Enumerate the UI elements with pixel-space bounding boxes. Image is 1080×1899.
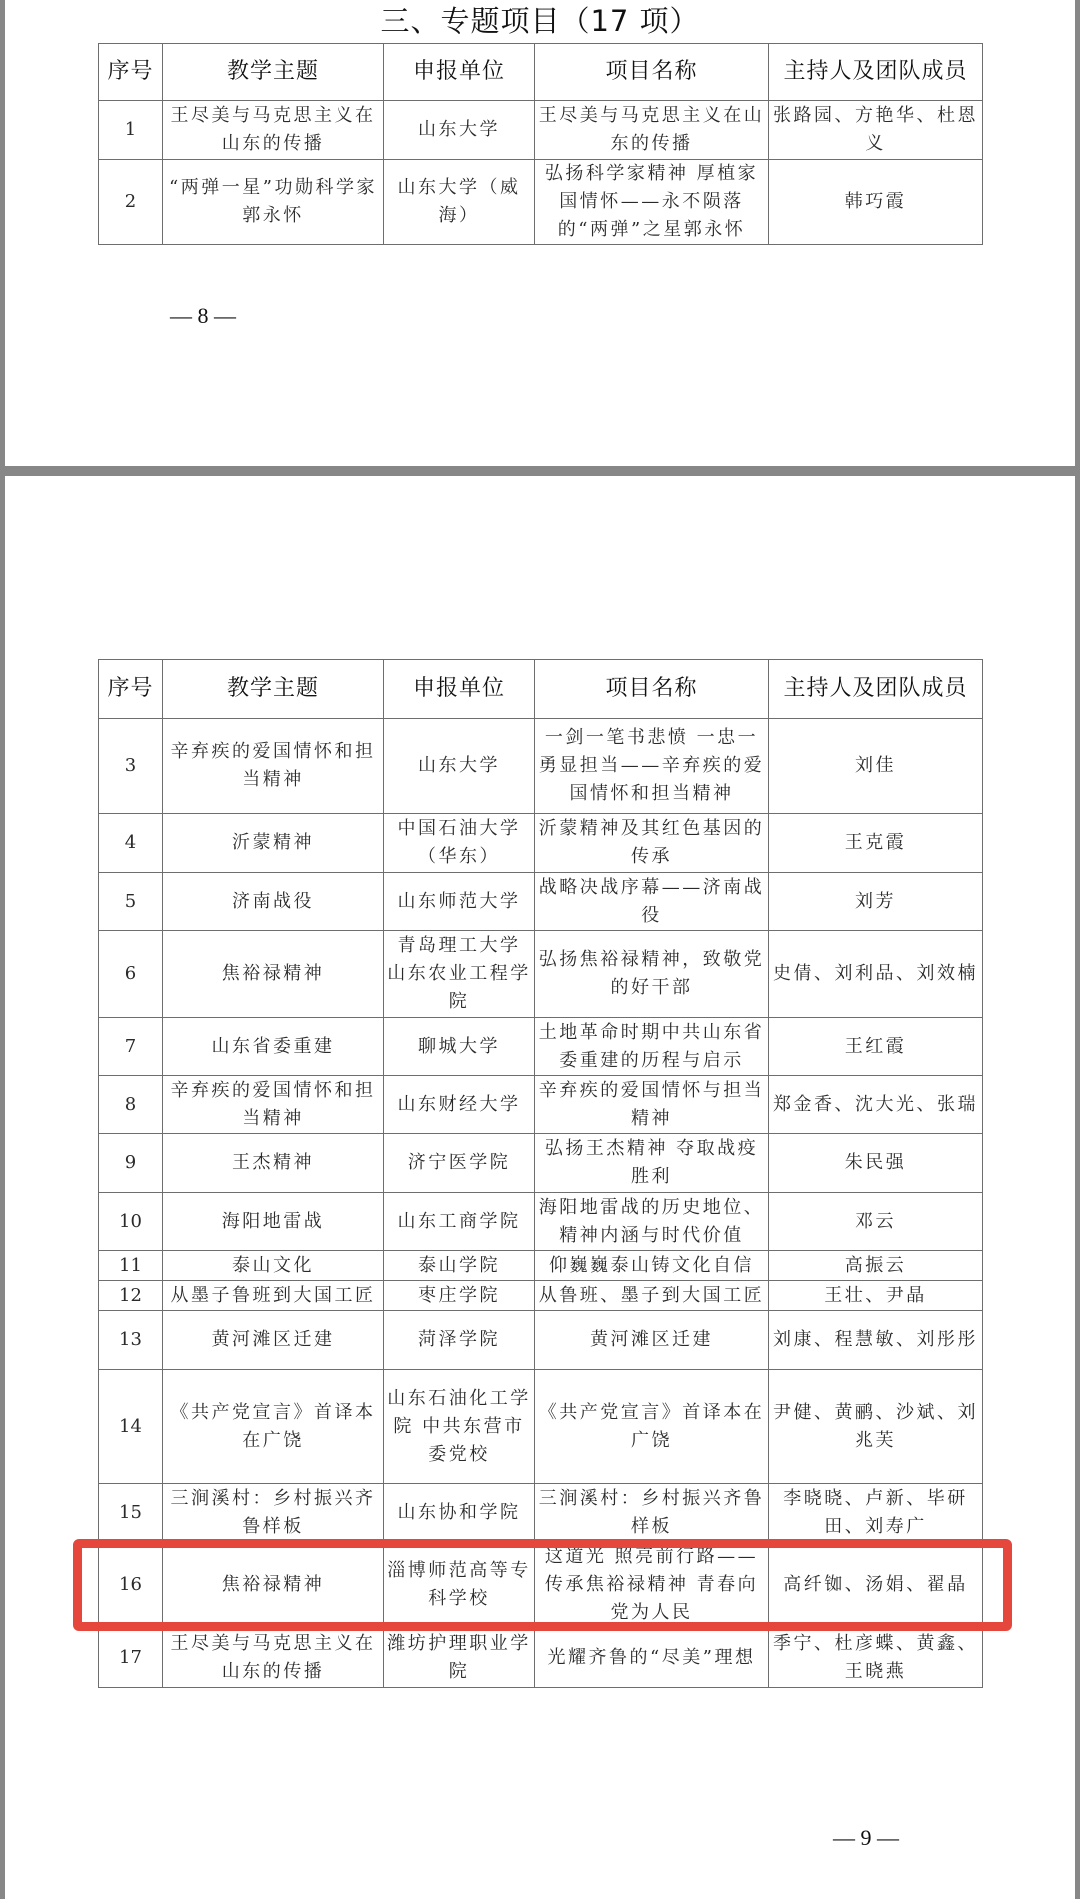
column-header-unit: 申报单位 [384,44,535,101]
applicant-unit-cell: 中国石油大学（华东） [384,814,535,873]
column-header-project: 项目名称 [535,660,769,719]
column-header-members: 主持人及团队成员 [769,660,983,719]
table-row: 11泰山文化泰山学院仰巍巍泰山铸文化自信高振云 [99,1251,983,1281]
teaching-theme-cell: 辛弃疾的爱国情怀和担当精神 [163,1076,384,1134]
teaching-theme-cell: 王杰精神 [163,1134,384,1193]
projects-table-part-2: 序号 教学主题 申报单位 项目名称 主持人及团队成员 3辛弃疾的爱国情怀和担当精… [98,659,983,1688]
applicant-unit-cell: 淄博师范高等专科学校 [384,1542,535,1629]
row-number-cell: 14 [99,1370,163,1484]
table-row: 15三涧溪村：乡村振兴齐鲁样板山东协和学院三涧溪村：乡村振兴齐鲁样板李晓晓、卢新… [99,1484,983,1542]
table-row: 14《共产党宣言》首译本在广饶山东石油化工学院 中共东营市委党校《共产党宣言》首… [99,1370,983,1484]
applicant-unit-cell: 枣庄学院 [384,1281,535,1311]
row-number-cell: 4 [99,814,163,873]
table-row: 9王杰精神济宁医学院弘扬王杰精神 夺取战疫胜利朱民强 [99,1134,983,1193]
project-name-cell: 辛弃疾的爱国情怀与担当精神 [535,1076,769,1134]
teaching-theme-cell: “两弹一星”功勋科学家郭永怀 [163,160,384,245]
row-number-cell: 6 [99,931,163,1018]
team-members-cell: 高振云 [769,1251,983,1281]
table-row: 12从墨子鲁班到大国工匠枣庄学院从鲁班、墨子到大国工匠王壮、尹晶 [99,1281,983,1311]
team-members-cell: 朱民强 [769,1134,983,1193]
project-name-cell: 王尽美与马克思主义在山东的传播 [535,101,769,160]
teaching-theme-cell: 黄河滩区迁建 [163,1311,384,1370]
row-number-cell: 5 [99,873,163,931]
table-row: 17王尽美与马克思主义在山东的传播潍坊护理职业学院光耀齐鲁的“尽美”理想季宁、杜… [99,1629,983,1688]
project-name-cell: 战略决战序幕——济南战役 [535,873,769,931]
page-number: — 9 — [833,1825,899,1851]
team-members-cell: 张路园、方艳华、杜恩义 [769,101,983,160]
team-members-cell: 尹健、黄鹂、沙斌、刘兆芙 [769,1370,983,1484]
row-number-cell: 17 [99,1629,163,1688]
row-number-cell: 15 [99,1484,163,1542]
table-row: 3辛弃疾的爱国情怀和担当精神山东大学一剑一笔书悲愤 一忠一勇显担当——辛弃疾的爱… [99,719,983,814]
applicant-unit-cell: 山东石油化工学院 中共东营市委党校 [384,1370,535,1484]
table-row: 2“两弹一星”功勋科学家郭永怀山东大学（威海）弘扬科学家精神 厚植家国情怀——永… [99,160,983,245]
row-number-cell: 8 [99,1076,163,1134]
teaching-theme-cell: 三涧溪村：乡村振兴齐鲁样板 [163,1484,384,1542]
project-name-cell: 仰巍巍泰山铸文化自信 [535,1251,769,1281]
teaching-theme-cell: 济南战役 [163,873,384,931]
table-row: 13黄河滩区迁建菏泽学院黄河滩区迁建刘康、程慧敏、刘彤彤 [99,1311,983,1370]
team-members-cell: 王壮、尹晶 [769,1281,983,1311]
team-members-cell: 李晓晓、卢新、毕研田、刘寿广 [769,1484,983,1542]
project-name-cell: 弘扬焦裕禄精神，致敬党的好干部 [535,931,769,1018]
applicant-unit-cell: 济宁医学院 [384,1134,535,1193]
column-header-project: 项目名称 [535,44,769,101]
teaching-theme-cell: 从墨子鲁班到大国工匠 [163,1281,384,1311]
teaching-theme-cell: 焦裕禄精神 [163,1542,384,1629]
row-number-cell: 2 [99,160,163,245]
team-members-cell: 邓云 [769,1193,983,1251]
project-name-cell: 一剑一笔书悲愤 一忠一勇显担当——辛弃疾的爱国情怀和担当精神 [535,719,769,814]
table-row: 10海阳地雷战山东工商学院海阳地雷战的历史地位、精神内涵与时代价值邓云 [99,1193,983,1251]
team-members-cell: 刘佳 [769,719,983,814]
applicant-unit-cell: 山东大学（威海） [384,160,535,245]
column-header-theme: 教学主题 [163,44,384,101]
teaching-theme-cell: 海阳地雷战 [163,1193,384,1251]
project-name-cell: 土地革命时期中共山东省委重建的历程与启示 [535,1018,769,1076]
section-title: 三、专题项目（17 项） [5,2,1075,40]
applicant-unit-cell: 山东大学 [384,719,535,814]
team-members-cell: 韩巧霞 [769,160,983,245]
table-header-row: 序号 教学主题 申报单位 项目名称 主持人及团队成员 [99,660,983,719]
applicant-unit-cell: 山东工商学院 [384,1193,535,1251]
project-name-cell: 海阳地雷战的历史地位、精神内涵与时代价值 [535,1193,769,1251]
row-number-cell: 12 [99,1281,163,1311]
team-members-cell: 高纤铷、汤娟、翟晶 [769,1542,983,1629]
applicant-unit-cell: 菏泽学院 [384,1311,535,1370]
teaching-theme-cell: 《共产党宣言》首译本在广饶 [163,1370,384,1484]
applicant-unit-cell: 泰山学院 [384,1251,535,1281]
teaching-theme-cell: 焦裕禄精神 [163,931,384,1018]
table-row: 8辛弃疾的爱国情怀和担当精神山东财经大学辛弃疾的爱国情怀与担当精神郑金香、沈大光… [99,1076,983,1134]
team-members-cell: 王克霞 [769,814,983,873]
teaching-theme-cell: 山东省委重建 [163,1018,384,1076]
table-row-highlighted: 16焦裕禄精神淄博师范高等专科学校这道光 照亮前行路——传承焦裕禄精神 青春向党… [99,1542,983,1629]
row-number-cell: 11 [99,1251,163,1281]
project-name-cell: 三涧溪村：乡村振兴齐鲁样板 [535,1484,769,1542]
applicant-unit-cell: 聊城大学 [384,1018,535,1076]
document-page-9: 序号 教学主题 申报单位 项目名称 主持人及团队成员 3辛弃疾的爱国情怀和担当精… [5,476,1075,1899]
column-header-no: 序号 [99,44,163,101]
team-members-cell: 刘康、程慧敏、刘彤彤 [769,1311,983,1370]
project-name-cell: 黄河滩区迁建 [535,1311,769,1370]
table-row: 1王尽美与马克思主义在山东的传播山东大学王尽美与马克思主义在山东的传播张路园、方… [99,101,983,160]
project-name-cell: 弘扬王杰精神 夺取战疫胜利 [535,1134,769,1193]
table-row: 5济南战役山东师范大学战略决战序幕——济南战役刘芳 [99,873,983,931]
row-number-cell: 7 [99,1018,163,1076]
table-row: 4沂蒙精神中国石油大学（华东）沂蒙精神及其红色基因的传承王克霞 [99,814,983,873]
table-row: 7山东省委重建聊城大学土地革命时期中共山东省委重建的历程与启示王红霞 [99,1018,983,1076]
teaching-theme-cell: 辛弃疾的爱国情怀和担当精神 [163,719,384,814]
applicant-unit-cell: 山东财经大学 [384,1076,535,1134]
team-members-cell: 史倩、刘利品、刘效楠 [769,931,983,1018]
teaching-theme-cell: 沂蒙精神 [163,814,384,873]
column-header-theme: 教学主题 [163,660,384,719]
applicant-unit-cell: 潍坊护理职业学院 [384,1629,535,1688]
applicant-unit-cell: 山东协和学院 [384,1484,535,1542]
team-members-cell: 郑金香、沈大光、张瑞 [769,1076,983,1134]
applicant-unit-cell: 山东师范大学 [384,873,535,931]
row-number-cell: 9 [99,1134,163,1193]
project-name-cell: 从鲁班、墨子到大国工匠 [535,1281,769,1311]
team-members-cell: 王红霞 [769,1018,983,1076]
project-name-cell: 弘扬科学家精神 厚植家国情怀——永不陨落的“两弹”之星郭永怀 [535,160,769,245]
project-name-cell: 光耀齐鲁的“尽美”理想 [535,1629,769,1688]
row-number-cell: 3 [99,719,163,814]
table-row: 6焦裕禄精神青岛理工大学 山东农业工程学院弘扬焦裕禄精神，致敬党的好干部史倩、刘… [99,931,983,1018]
project-name-cell: 《共产党宣言》首译本在广饶 [535,1370,769,1484]
teaching-theme-cell: 王尽美与马克思主义在山东的传播 [163,1629,384,1688]
teaching-theme-cell: 王尽美与马克思主义在山东的传播 [163,101,384,160]
projects-table-part-1: 序号 教学主题 申报单位 项目名称 主持人及团队成员 1王尽美与马克思主义在山东… [98,43,983,245]
teaching-theme-cell: 泰山文化 [163,1251,384,1281]
column-header-unit: 申报单位 [384,660,535,719]
column-header-members: 主持人及团队成员 [769,44,983,101]
row-number-cell: 1 [99,101,163,160]
document-page-8: 三、专题项目（17 项） 序号 教学主题 申报单位 项目名称 主持人及团队成员 … [5,0,1075,466]
applicant-unit-cell: 山东大学 [384,101,535,160]
project-name-cell: 这道光 照亮前行路——传承焦裕禄精神 青春向党为人民 [535,1542,769,1629]
table-header-row: 序号 教学主题 申报单位 项目名称 主持人及团队成员 [99,44,983,101]
team-members-cell: 季宁、杜彦蝶、黄鑫、王晓燕 [769,1629,983,1688]
page-number: — 8 — [170,303,236,329]
row-number-cell: 16 [99,1542,163,1629]
team-members-cell: 刘芳 [769,873,983,931]
project-name-cell: 沂蒙精神及其红色基因的传承 [535,814,769,873]
row-number-cell: 13 [99,1311,163,1370]
row-number-cell: 10 [99,1193,163,1251]
column-header-no: 序号 [99,660,163,719]
applicant-unit-cell: 青岛理工大学 山东农业工程学院 [384,931,535,1018]
